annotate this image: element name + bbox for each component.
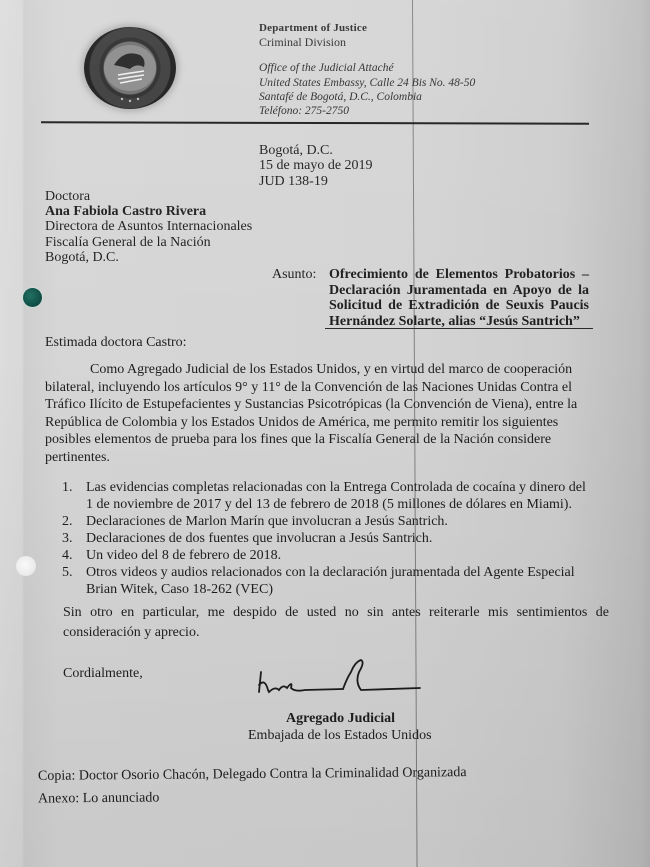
list-item: 1. Las evidencias completas relacionadas… [62,479,622,513]
evidence-list: 1. Las evidencias completas relacionadas… [62,479,622,598]
body-line: Como Agregado Judicial de los Estados Un… [45,361,593,379]
copy-line: Copia: Doctor Osorio Chacón, Delegado Co… [38,765,467,784]
list-item-text: Un video del 8 de febrero de 2018. [86,547,622,564]
body-paragraph: Como Agregado Judicial de los Estados Un… [45,361,593,466]
annex-line: Anexo: Lo anunciado [38,790,159,807]
list-item-text: Brian Witek, Caso 18-262 (VEC) [86,581,622,598]
office-name: Office of the Judicial Attaché [259,62,394,74]
list-item: 4. Un video del 8 de febrero de 2018. [62,547,622,564]
valediction: Cordialmente, [63,666,143,682]
recipient-city: Bogotá, D.C. [45,250,119,266]
scanned-letter-page: Department of Justice Criminal Division … [0,0,650,867]
letterhead-divider [41,121,589,124]
list-item: 2. Declaraciones de Marlon Marín que inv… [62,513,622,530]
reference-number: JUD 138-19 [259,174,328,190]
binder-hole-white-icon [16,556,36,576]
list-item-text: Las evidencias completas relacionadas co… [86,479,622,496]
recipient-organization: Fiscalía General de la Nación [45,235,211,251]
recipient-title: Doctora [45,189,90,205]
subject-label: Asunto: [272,267,316,283]
list-item-number: 1. [62,479,73,496]
list-item: 3. Declaraciones de dos fuentes que invo… [62,530,622,547]
list-item-number: 4. [62,547,73,564]
dateline-date: 15 de mayo de 2019 [259,158,373,174]
list-item-text: 1 de noviembre de 2017 y del 13 de febre… [86,496,622,513]
signer-title: Agregado Judicial [286,711,395,727]
list-item-text: Declaraciones de dos fuentes que involuc… [86,530,622,547]
salutation: Estimada doctora Castro: [45,335,187,351]
body-line: posibles elementos de prueba para los fi… [45,431,593,449]
recipient-name: Ana Fabiola Castro Rivera [45,204,206,220]
list-item-text: Declaraciones de Marlon Marín que involu… [86,513,622,530]
body-line: República de Colombia y los Estados Unid… [45,414,593,432]
address-line-1: United States Embassy, Calle 24 Bis No. … [259,77,475,89]
subject-underline [325,328,593,329]
list-item-number: 2. [62,513,73,530]
list-item: 5. Otros videos y audios relacionados co… [62,564,622,598]
division-name: Criminal Division [259,35,346,50]
phone-number: Teléfono: 275-2750 [259,105,349,117]
list-item-text: Otros videos y audios relacionados con l… [86,564,622,581]
department-name: Department of Justice [259,22,367,34]
address-line-2: Santafé de Bogotá, D.C., Colombia [259,91,422,103]
body-line: bilateral, incluyendo los artículos 9° y… [45,379,593,397]
recipient-position: Directora de Asuntos Internacionales [45,219,252,235]
body-line: Tráfico Ilícito de Estupefacientes y Sus… [45,396,593,414]
list-item-number: 5. [62,564,73,581]
closing-paragraph: Sin otro en particular, me despido de us… [63,603,609,643]
signer-organization: Embajada de los Estados Unidos [248,728,432,744]
list-item-number: 3. [62,530,73,547]
body-line: pertinentes. [45,449,593,467]
binder-hole-green-icon [23,288,42,307]
department-of-justice-seal-icon [84,27,176,109]
handwritten-signature-icon [255,652,430,702]
subject-text: Ofrecimiento de Elementos Probatorios – … [329,267,589,329]
dateline-city: Bogotá, D.C. [259,143,333,159]
